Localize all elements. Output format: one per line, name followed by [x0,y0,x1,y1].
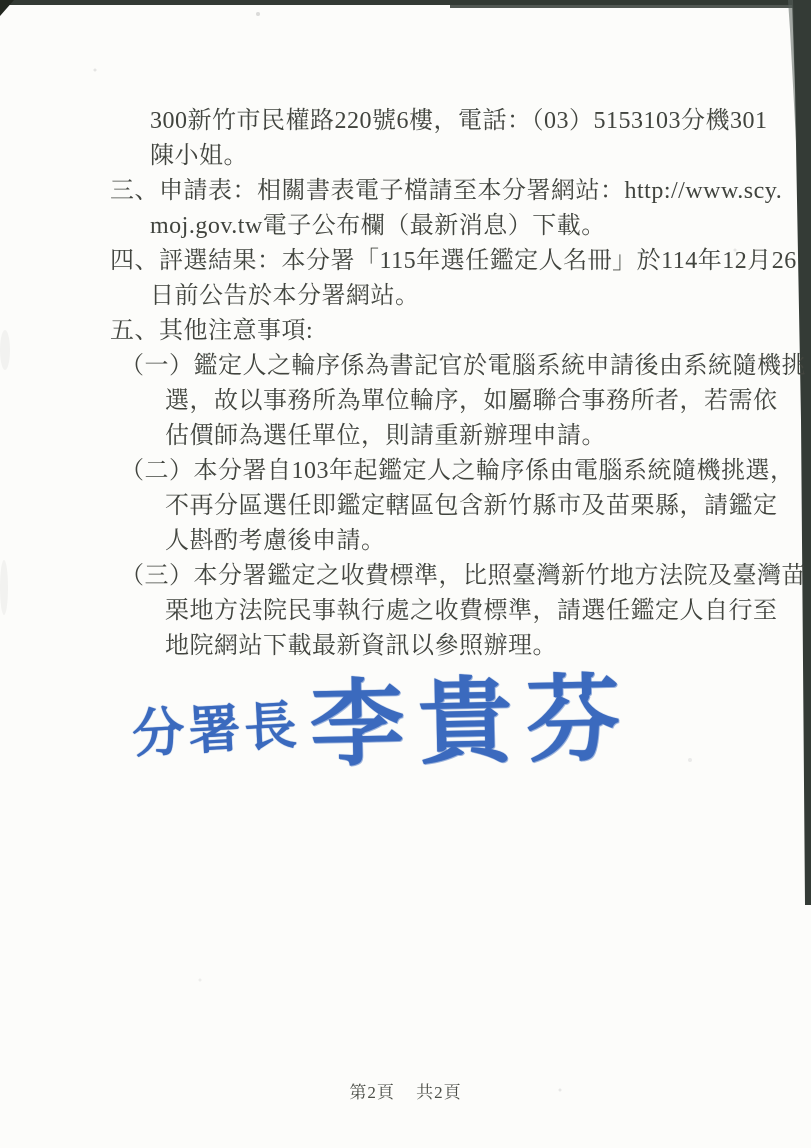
footer-page-number: 第2頁 [349,1083,395,1102]
doc-line-sub1-cont: 選，故以事務所為單位輪序，如屬聯合事務所者，若需依 [0,384,811,419]
footer-total-pages: 共2頁 [416,1083,462,1102]
director-signature: 分署長 李貴芬 [131,643,636,788]
doc-line-item4: 四、評選結果：本分署「115年選任鑑定人名冊」於114年12月26 [0,244,811,279]
doc-line-sub2-cont: 不再分區選任即鑑定轄區包含新竹縣市及苗栗縣，請鑑定 [0,489,811,524]
doc-line-address: 300新竹市民權路220號6樓，電話：（03）5153103分機301 [0,104,811,139]
doc-line-sub1: （一）鑑定人之輪序係為書記官於電腦系統申請後由系統隨機挑 [0,349,811,384]
scanned-document-page: 300新竹市民權路220號6樓，電話：（03）5153103分機301 陳小姐。… [0,0,811,1148]
doc-line-sub3-cont: 栗地方法院民事執行處之收費標準，請選任鑑定人自行至 [0,594,811,629]
document-body: 300新竹市民權路220號6樓，電話：（03）5153103分機301 陳小姐。… [0,104,811,664]
doc-line-sub1-cont2: 估價師為選任單位，則請重新辦理申請。 [0,419,811,454]
doc-line-item4-cont: 日前公告於本分署網站。 [0,279,811,314]
doc-line-sub3: （三）本分署鑑定之收費標準，比照臺灣新竹地方法院及臺灣苗 [0,559,811,594]
page-footer: 第2頁 共2頁 [0,1078,811,1103]
signature-title: 分署長 [130,683,302,767]
doc-line-sub2: （二）本分署自103年起鑑定人之輪序係由電腦系統隨機挑選， [0,454,811,489]
signature-name: 李貴芬 [309,643,636,785]
doc-line-item3-cont: moj.gov.tw電子公布欄（最新消息）下載。 [0,209,811,244]
doc-line-item3: 三、申請表：相關書表電子檔請至本分署網站：http://www.scy. [0,174,811,209]
doc-line-item5: 五、其他注意事項: [0,314,811,349]
doc-line-sub2-cont2: 人斟酌考慮後申請。 [0,524,811,559]
doc-line-contact: 陳小姐。 [0,139,811,174]
